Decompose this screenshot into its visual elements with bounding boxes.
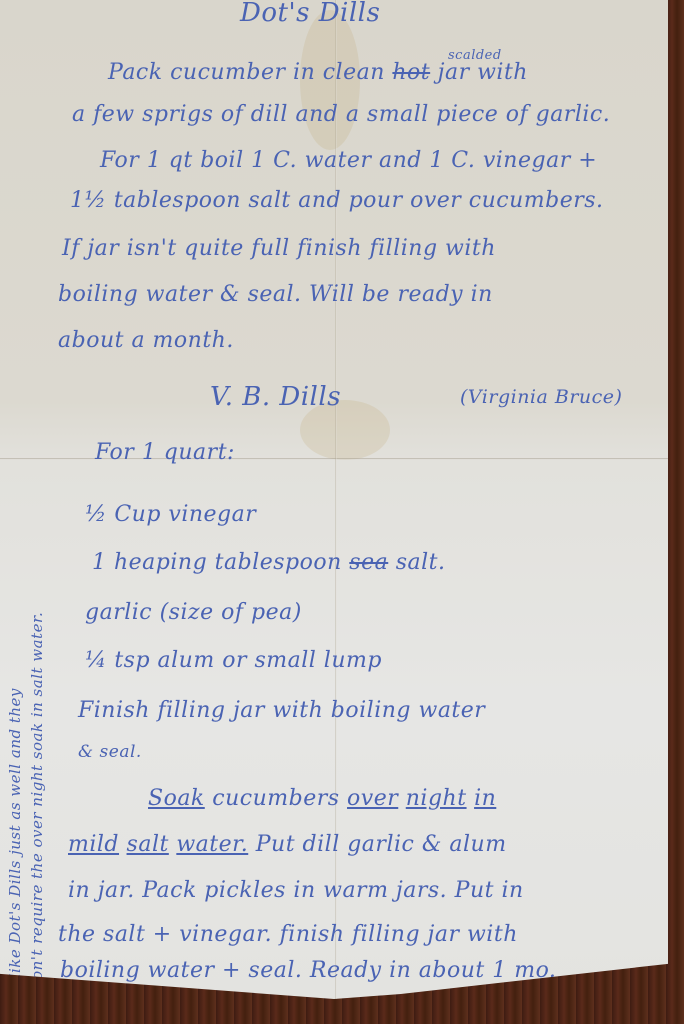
recipe1-title: Dot's Dills (240, 0, 380, 28)
recipe1-line: about a month. (58, 328, 234, 353)
instruction-line: the salt + vinegar. finish filling jar w… (58, 922, 518, 947)
recipe1-text: jar with (438, 60, 528, 85)
instruction-text: Put dill garlic & alum (256, 832, 507, 857)
recipe1-line: a few sprigs of dill and a small piece o… (72, 102, 610, 127)
ingredient-text: salt. (396, 550, 446, 575)
recipe1-line: Pack cucumber in clean hot jar with (108, 60, 528, 85)
recipe1-line: For 1 qt boil 1 C. water and 1 C. vinega… (100, 148, 597, 173)
recipe1-line: If jar isn't quite full finish filling w… (62, 236, 496, 261)
underlined-word: over (347, 786, 398, 811)
ingredient: ½ Cup vinegar (85, 502, 256, 527)
recipe1-text: Pack cucumber in clean (108, 60, 385, 85)
underlined-word: in (474, 786, 496, 811)
underlined-word: water. (176, 832, 248, 857)
ingredient: garlic (size of pea) (85, 600, 302, 625)
instruction-line: Soak cucumbers over night in (148, 786, 496, 811)
struck-word: sea (349, 550, 388, 575)
underlined-word: mild (68, 832, 119, 857)
underlined-word: salt (127, 832, 169, 857)
ingredient: & seal. (78, 742, 142, 762)
ingredient-text: 1 heaping tablespoon (92, 550, 342, 575)
instruction-line: mild salt water. Put dill garlic & alum (68, 832, 507, 857)
ingredient: 1 heaping tablespoon sea salt. (92, 550, 446, 575)
ingredient: ¼ tsp alum or small lump (85, 648, 382, 673)
underlined-word: Soak (148, 786, 205, 811)
recipe-paper: Dot's Dills Pack cucumber in clean hot j… (0, 0, 668, 1004)
ingredient: Finish filling jar with boiling water (78, 698, 485, 723)
recipe2-title: V. B. Dills (210, 382, 341, 412)
recipe2-subtitle: (Virginia Bruce) (460, 386, 622, 408)
margin-note: I like Dot's Dills just as well and they… (4, 612, 48, 990)
margin-note-line: I like Dot's Dills just as well and they (4, 612, 26, 990)
recipe1-line: 1½ tablespoon salt and pour over cucumbe… (70, 188, 604, 213)
instruction-line: boiling water + seal. Ready in about 1 m… (60, 958, 556, 983)
instruction-text: cucumbers (212, 786, 339, 811)
inserted-word: scalded (448, 48, 502, 63)
instruction-line: in jar. Pack pickles in warm jars. Put i… (68, 878, 524, 903)
recipe1-line: boiling water & seal. Will be ready in (58, 282, 493, 307)
margin-note-line: don't require the over night soak in sal… (26, 612, 48, 990)
struck-word: hot (392, 60, 430, 85)
underlined-word: night (406, 786, 467, 811)
recipe2-yield: For 1 quart: (95, 440, 235, 465)
